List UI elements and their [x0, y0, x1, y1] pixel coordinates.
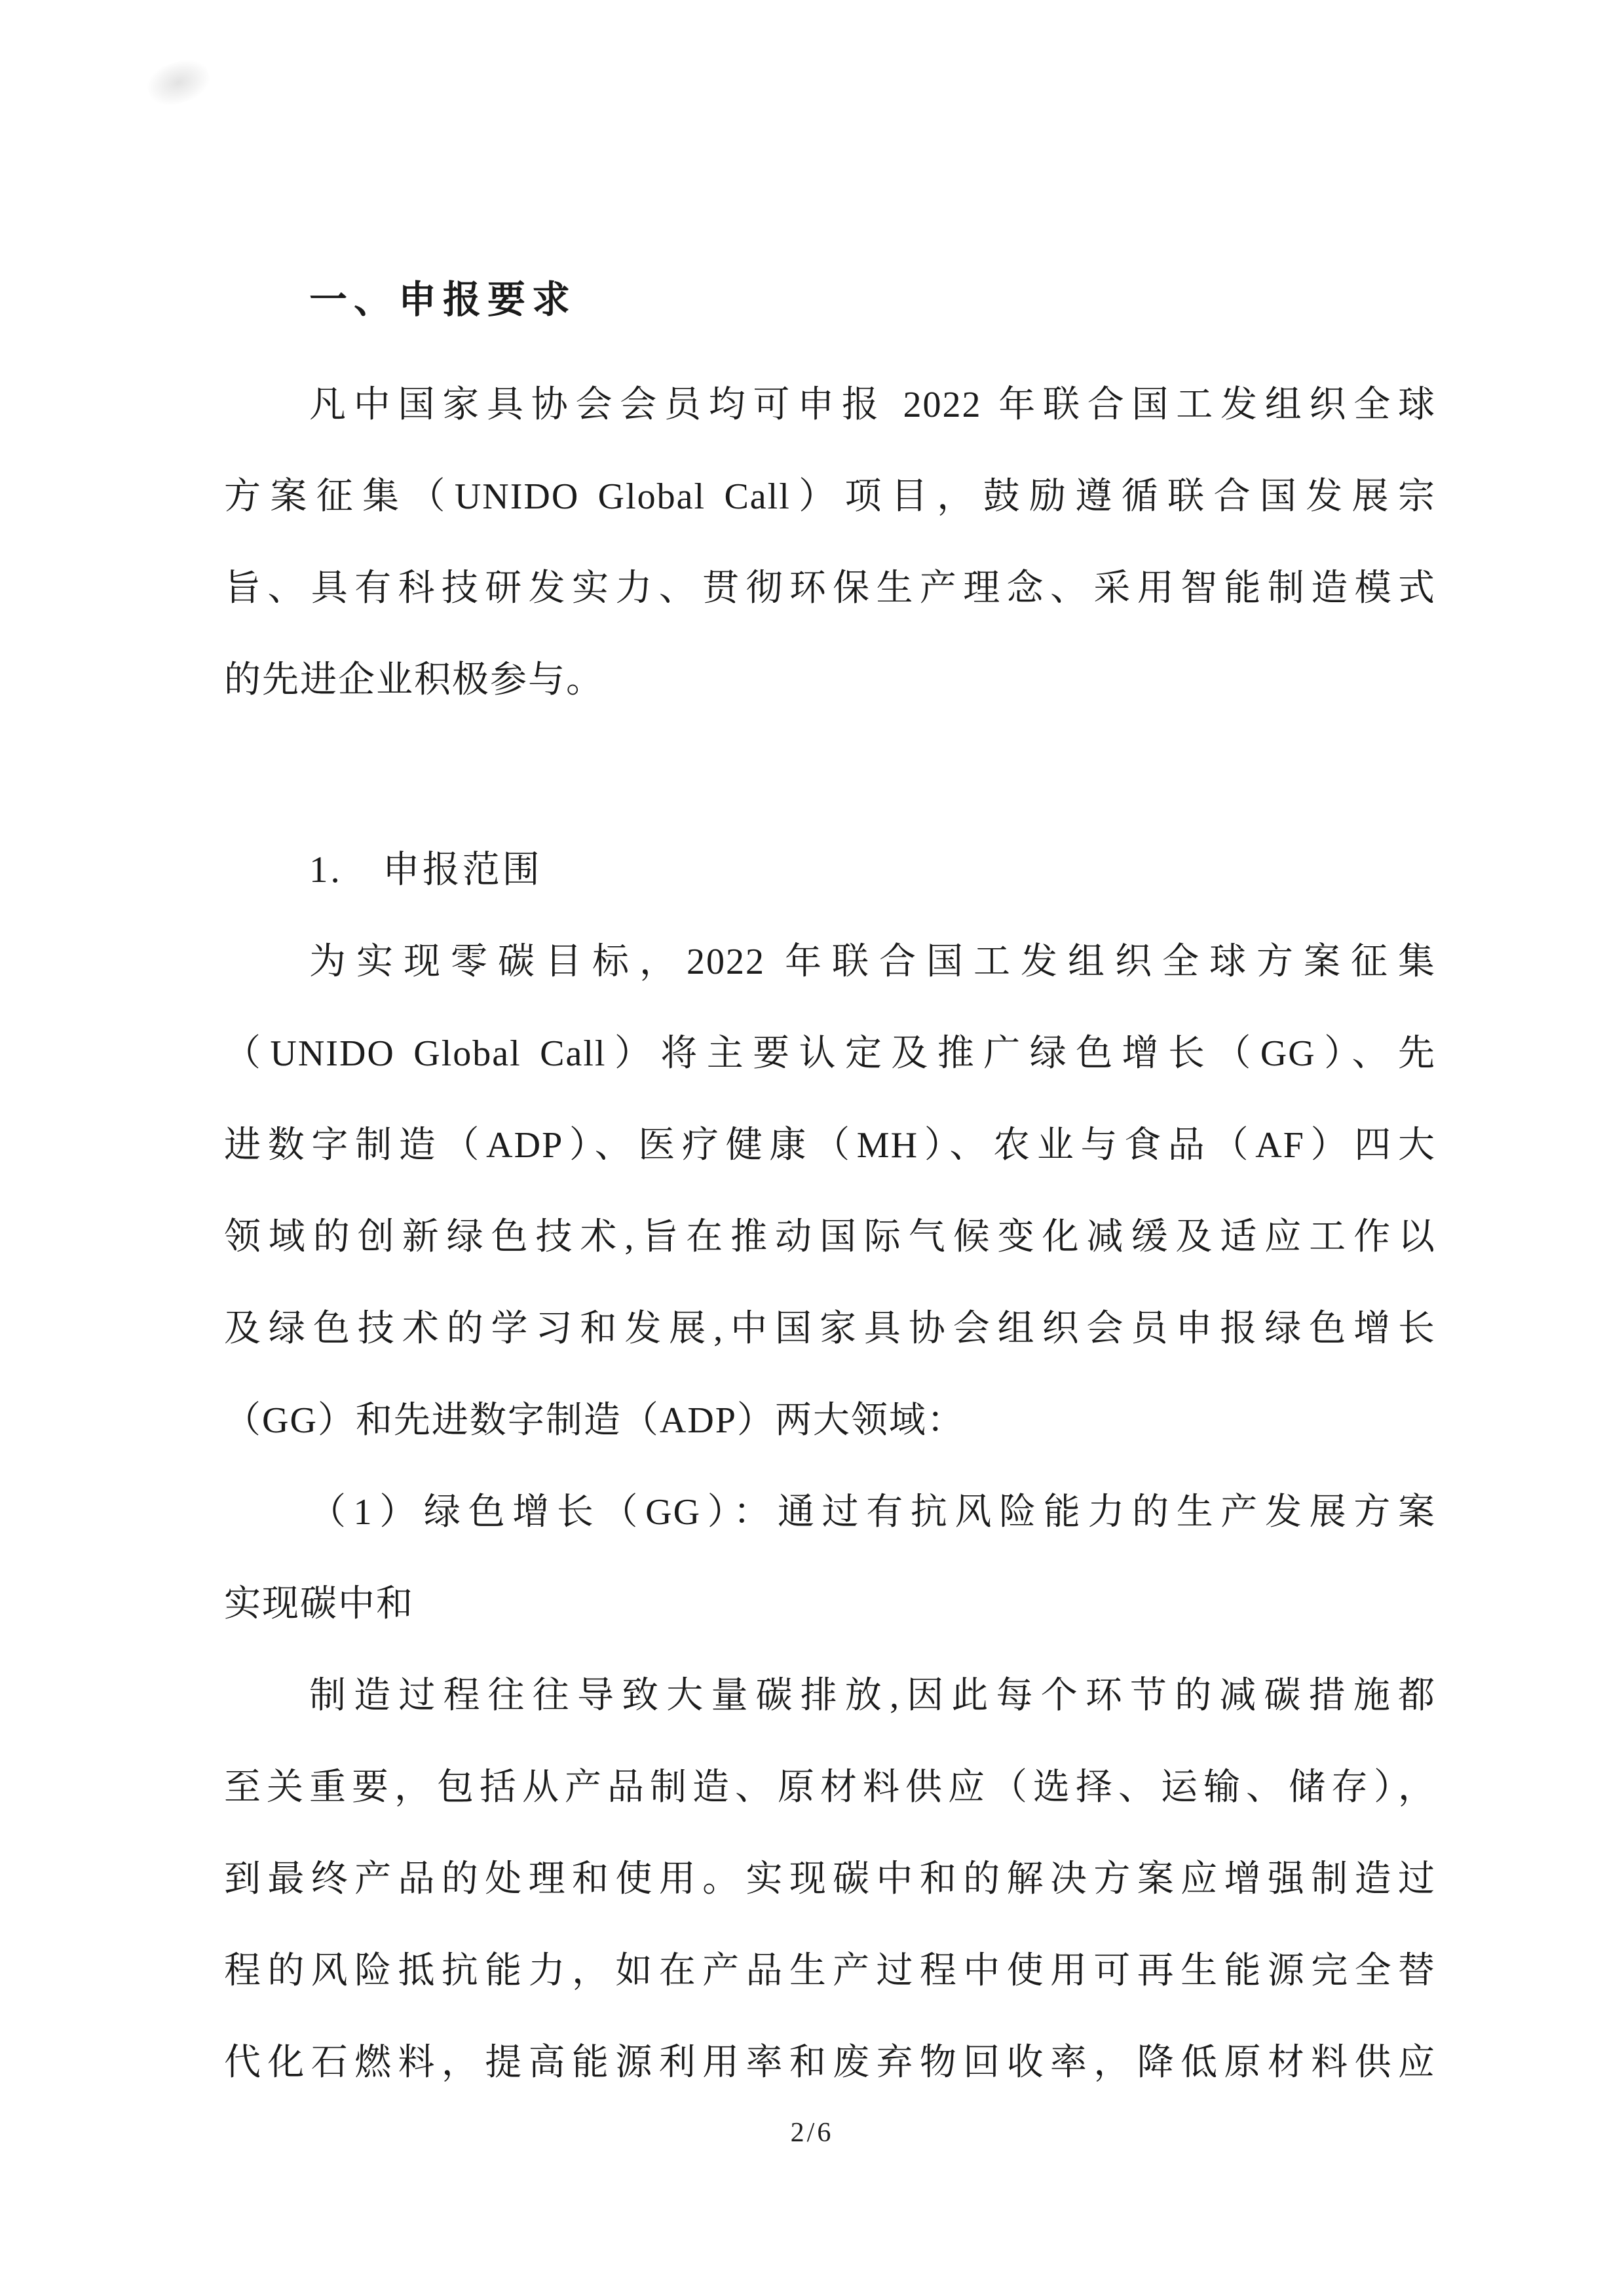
text-line: 制造过程往往导致大量碳排放,因此每个环节的减碳措施都 [224, 1650, 1436, 1742]
text-line: 到最终产品的处理和使用。实现碳中和的解决方案应增强制造过 [224, 1833, 1436, 1925]
scan-artifact [143, 54, 215, 111]
text-line: 凡中国家具协会会员均可申报 2022 年联合国工发组织全球 [224, 359, 1436, 451]
text-line: 旨、具有科技研发实力、贯彻环保生产理念、采用智能制造模式 [224, 543, 1436, 634]
text-line: 及绿色技术的学习和发展,中国家具协会组织会员申报绿色增长 [224, 1283, 1436, 1375]
text-line: （1）绿色增长（GG）：通过有抗风险能力的生产发展方案 [224, 1466, 1436, 1558]
text-line: 程的风险抵抗能力，如在产品生产过程中使用可再生能源完全替 [224, 1925, 1436, 2017]
text-line: 进数字制造（ADP）、医疗健康（MH）、农业与食品（AF）四大 [224, 1100, 1436, 1191]
text-line: 代化石燃料，提高能源利用率和废弃物回收率，降低原材料供应 [224, 2017, 1436, 2109]
subsection-heading: 1. 申报范围 [224, 824, 1436, 916]
text-line: 的先进企业积极参与。 [224, 634, 1436, 726]
text-line: （GG）和先进数字制造（ADP）两大领域： [224, 1375, 1436, 1466]
text-line: 实现碳中和 [224, 1558, 1436, 1650]
text-line: 为实现零碳目标，2022 年联合国工发组织全球方案征集 [224, 916, 1436, 1008]
text-line: 方案征集（UNIDO Global Call）项目，鼓励遵循联合国发展宗 [224, 451, 1436, 543]
text-line: （UNIDO Global Call）将主要认定及推广绿色增长（GG）、先 [224, 1008, 1436, 1100]
document-page: 一、申报要求凡中国家具协会会员均可申报 2022 年联合国工发组织全球方案征集（… [0, 0, 1624, 2296]
page-number: 2/6 [0, 2113, 1624, 2152]
text-line: 至关重要，包括从产品制造、原材料供应（选择、运输、储存）， [224, 1742, 1436, 1833]
content-area: 一、申报要求凡中国家具协会会员均可申报 2022 年联合国工发组织全球方案征集（… [224, 254, 1436, 2109]
section-heading: 一、申报要求 [224, 254, 1436, 359]
text-line: 领域的创新绿色技术,旨在推动国际气候变化减缓及适应工作以 [224, 1191, 1436, 1283]
